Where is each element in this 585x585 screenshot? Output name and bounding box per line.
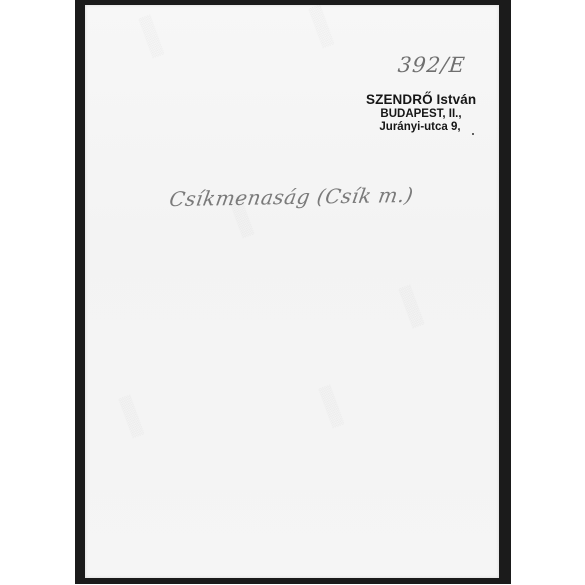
ink-speck <box>472 133 474 135</box>
stamp-street: Jurányi-utca 9, <box>352 121 488 134</box>
handwritten-caption: Csíkmenaság (Csík m.) <box>168 183 415 211</box>
stamp-city: BUDAPEST, II., <box>354 108 488 121</box>
photo-back-paper <box>85 5 499 578</box>
stamp-photographer-name: SZENDRŐ István <box>358 92 488 108</box>
photographer-stamp: SZENDRŐ István BUDAPEST, II., Jurányi-ut… <box>358 92 488 134</box>
inventory-number: 392/E <box>397 53 467 77</box>
